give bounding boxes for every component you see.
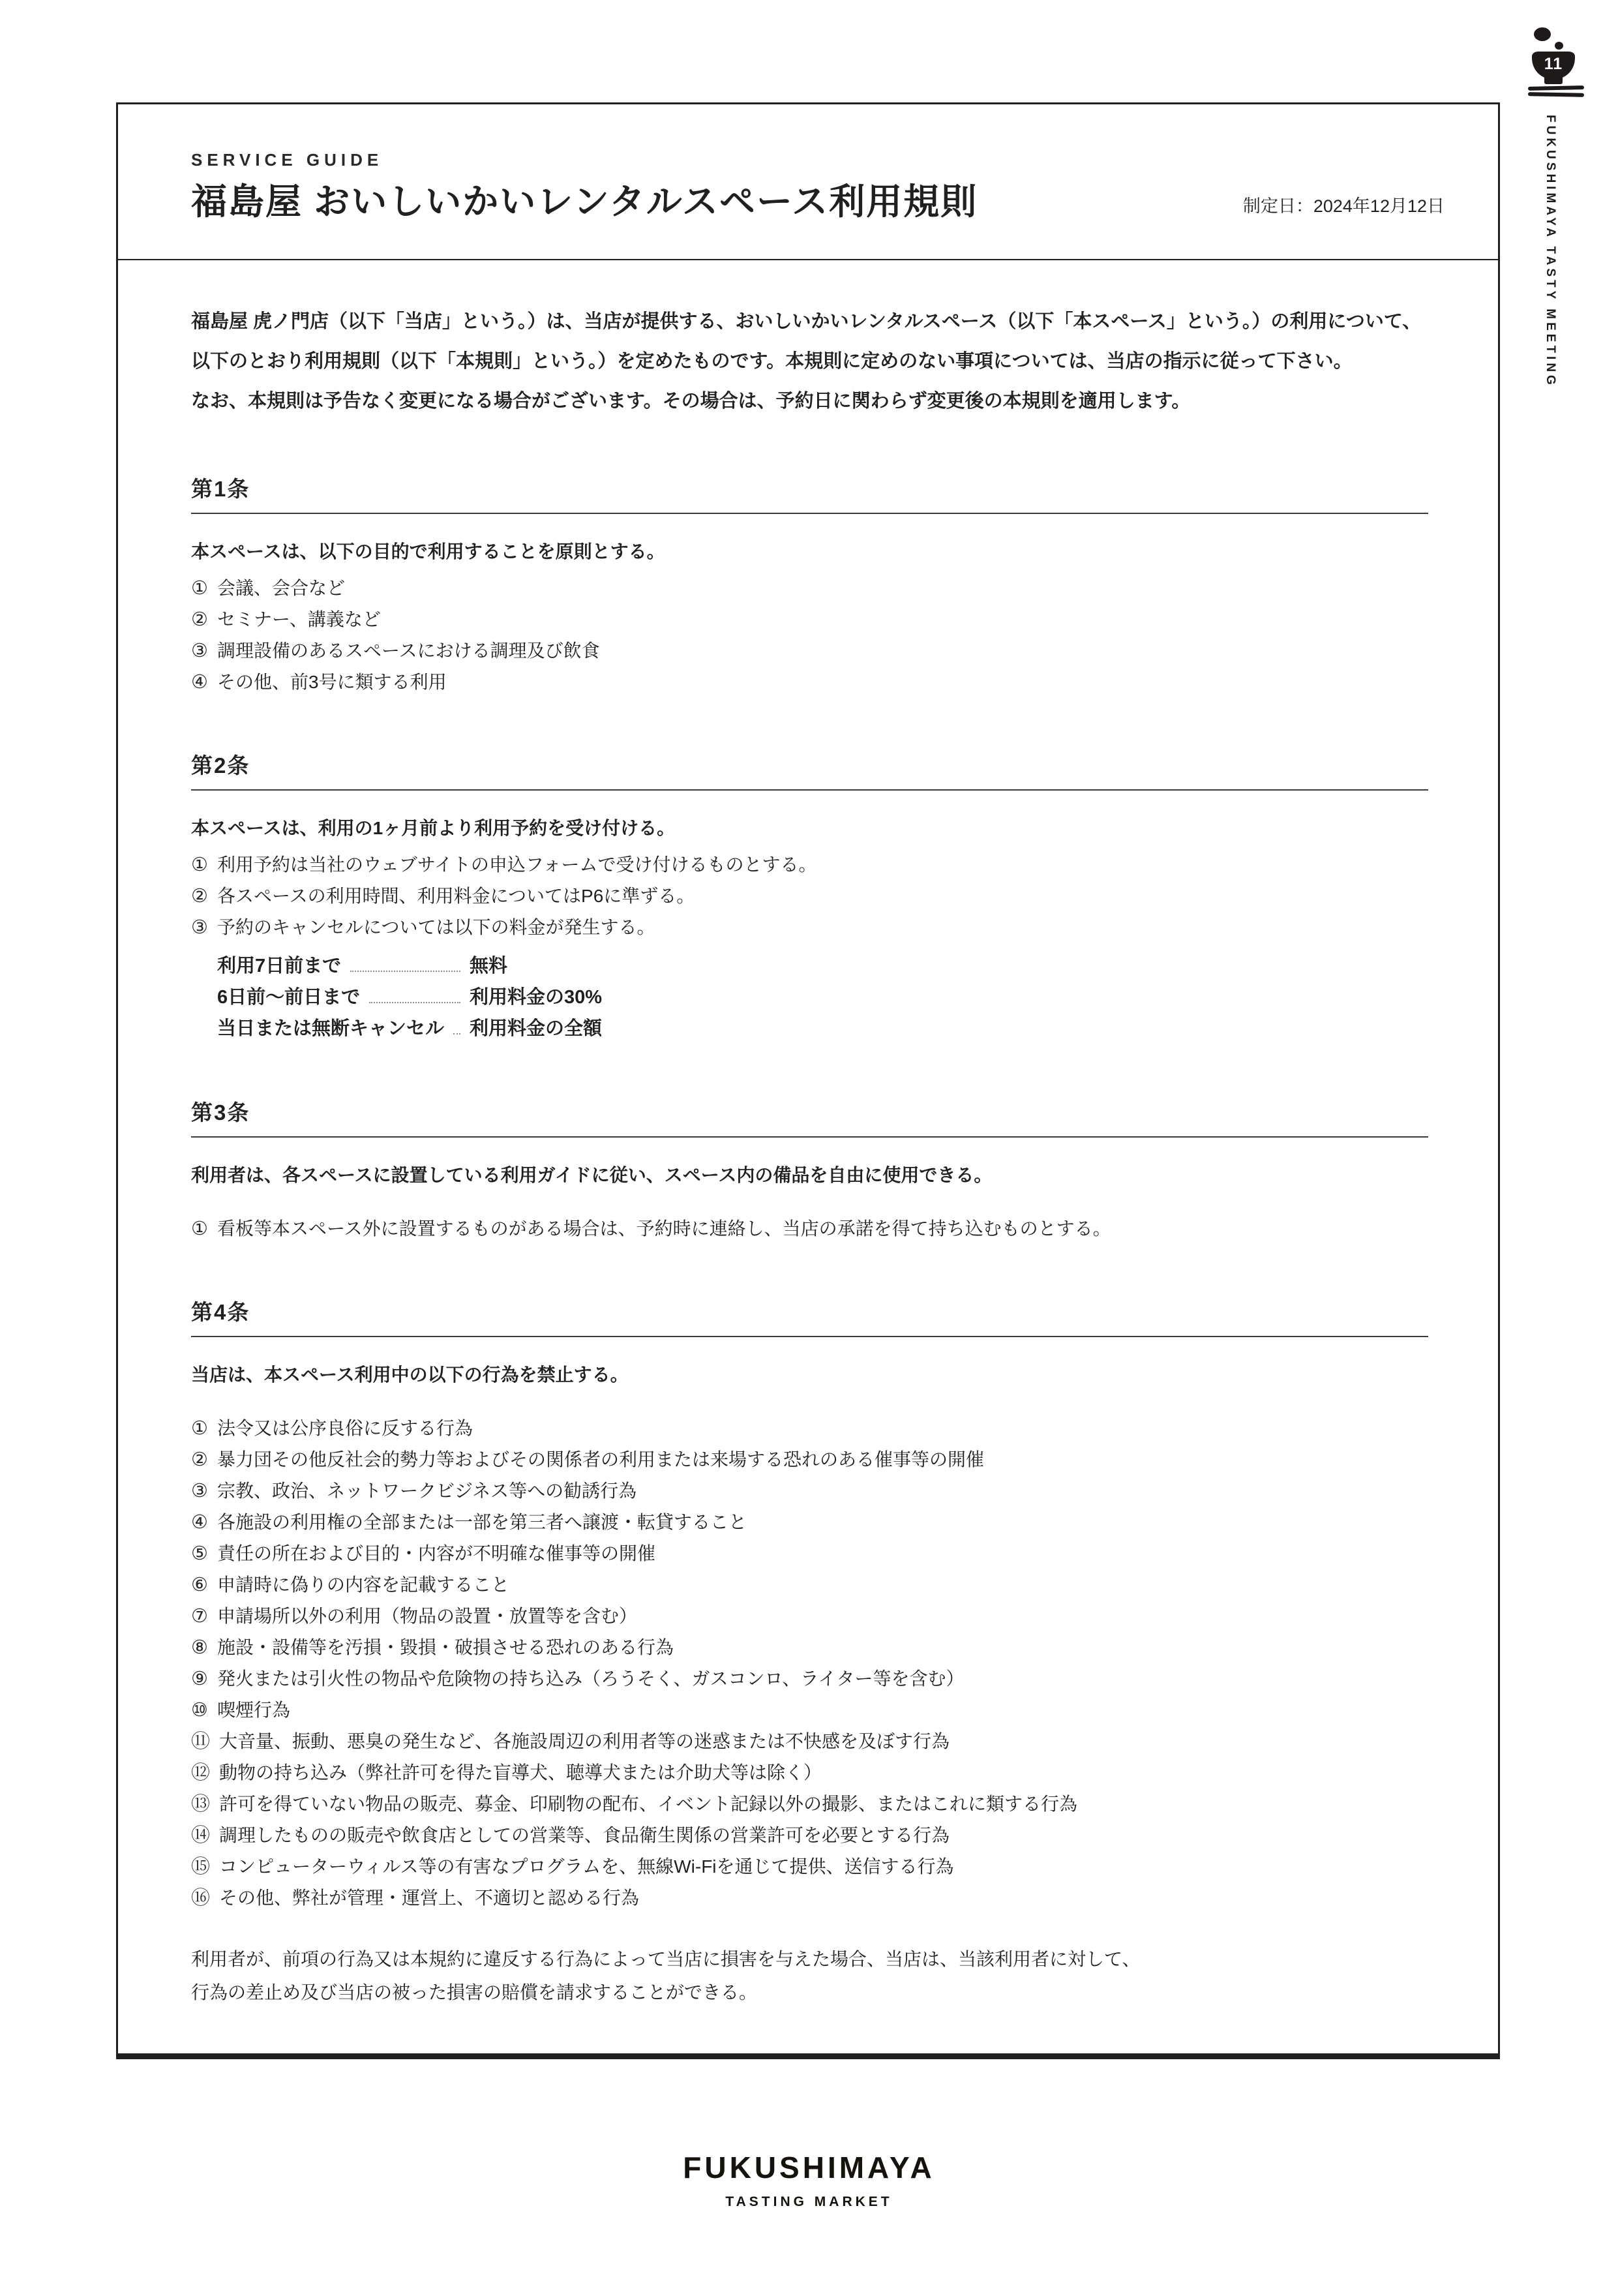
closing-paragraph: 利用者が、前項の行為又は本規約に違反する行為によって当店に損害を与えた場合、当店… <box>191 1942 1445 2009</box>
item-number: ③ <box>191 635 208 667</box>
article-heading: 第4条 <box>191 1299 1445 1325</box>
item-number: ② <box>191 1444 208 1475</box>
item-number: ③ <box>191 912 208 943</box>
item-number: ⑫ <box>191 1757 210 1789</box>
article-divider <box>191 789 1428 791</box>
list-item: ⑪大音量、振動、悪臭の発生など、各施設周辺の利用者等の迷惑または不快感を及ぼす行… <box>191 1726 1445 1757</box>
item-text: 責任の所在および目的・内容が不明確な催事等の開催 <box>217 1543 655 1563</box>
list-item: ④各施設の利用権の全部または一部を第三者へ譲渡・転貸すること <box>191 1507 1445 1538</box>
item-number: ⑭ <box>191 1820 210 1851</box>
list-item: ①会議、会合など <box>191 573 1445 604</box>
bowl-icon: 11 <box>1532 52 1575 79</box>
list-item: ⑤責任の所在および目的・内容が不明確な催事等の開催 <box>191 1538 1445 1569</box>
item-number: ⑧ <box>191 1632 208 1663</box>
article-items: ①看板等本スペース外に設置するものがある場合は、予約時に連絡し、当店の承諾を得て… <box>191 1213 1445 1245</box>
chopstick-bottom-icon <box>1528 92 1584 97</box>
fee-row: 利用7日前まで 無料 <box>217 951 804 982</box>
steam-dot-large-icon <box>1534 27 1551 41</box>
item-text: 法令又は公序良俗に反する行為 <box>217 1418 473 1438</box>
list-item: ⑭調理したものの販売や飲食店としての営業等、食品衛生関係の営業許可を必要とする行… <box>191 1820 1445 1851</box>
list-item: ⑨発火または引火性の物品や危険物の持ち込み（ろうそく、ガスコンロ、ライター等を含… <box>191 1663 1445 1695</box>
item-text: その他、弊社が管理・運営上、不適切と認める行為 <box>219 1888 639 1908</box>
item-number: ⑤ <box>191 1538 208 1569</box>
list-item: ⑧施設・設備等を汚損・毀損・破損させる恐れのある行為 <box>191 1632 1445 1663</box>
article-lead: 利用者は、各スペースに設置している利用ガイドに従い、スペース内の備品を自由に使用… <box>191 1164 1445 1187</box>
chopstick-top-icon <box>1528 85 1584 91</box>
closing-line: 利用者が、前項の行為又は本規約に違反する行為によって当店に損害を与えた場合、当店… <box>191 1949 1140 1969</box>
item-text: 各スペースの利用時間、利用料金についてはP6に準ずる。 <box>217 886 695 906</box>
item-text: 宗教、政治、ネットワークビジネス等への勧誘行為 <box>217 1481 637 1501</box>
item-text: 利用予約は当社のウェブサイトの申込フォームで受け付けるものとする。 <box>217 854 817 875</box>
cancellation-fee-table: 利用7日前まで 無料 6日前～前日まで 利用料金の30% 当日または無断キャンセ… <box>217 951 1445 1045</box>
item-text: 許可を得ていない物品の販売、募金、印刷物の配布、イベント記録以外の撮影、またはこ… <box>219 1794 1077 1814</box>
item-number: ② <box>191 881 208 912</box>
article-heading: 第3条 <box>191 1100 1445 1126</box>
item-number: ⑨ <box>191 1663 208 1695</box>
item-number: ⑦ <box>191 1601 208 1632</box>
list-item: ⑦申請場所以外の利用（物品の設置・放置等を含む） <box>191 1601 1445 1632</box>
fee-row: 当日または無断キャンセル 利用料金の全額 <box>217 1014 804 1045</box>
fee-row: 6日前～前日まで 利用料金の30% <box>217 982 804 1014</box>
list-item: ⑬許可を得ていない物品の販売、募金、印刷物の配布、イベント記録以外の撮影、または… <box>191 1789 1445 1820</box>
eyebrow-label: SERVICE GUIDE <box>191 150 1445 170</box>
article-items: ①利用予約は当社のウェブサイトの申込フォームで受け付けるものとする。 ②各スペー… <box>191 849 1445 943</box>
item-text: セミナー、講義など <box>217 609 381 629</box>
item-number: ⑬ <box>191 1789 210 1820</box>
page-title: 福島屋 おいしいかいレンタルスペース利用規則 <box>191 181 978 222</box>
article-divider <box>191 513 1428 514</box>
fee-value: 無料 <box>470 951 507 978</box>
item-number: ④ <box>191 1507 208 1538</box>
item-number: ⑮ <box>191 1851 210 1882</box>
list-item: ⑯その他、弊社が管理・運営上、不適切と認める行為 <box>191 1882 1445 1914</box>
established-date: 制定日：2024年12月12日 <box>1243 192 1445 222</box>
article-divider <box>191 1136 1428 1138</box>
list-item: ②各スペースの利用時間、利用料金についてはP6に準ずる。 <box>191 881 1445 912</box>
list-item: ③宗教、政治、ネットワークビジネス等への勧誘行為 <box>191 1475 1445 1507</box>
item-text: 看板等本スペース外に設置するものがある場合は、予約時に連絡し、当店の承諾を得て持… <box>217 1218 1111 1239</box>
list-item: ③調理設備のあるスペースにおける調理及び飲食 <box>191 635 1445 667</box>
article-divider <box>191 1336 1428 1337</box>
item-number: ⑯ <box>191 1882 210 1914</box>
item-number: ① <box>191 1213 208 1245</box>
item-text: 施設・設備等を汚損・毀損・破損させる恐れのある行為 <box>217 1637 674 1657</box>
item-number: ① <box>191 849 208 881</box>
article-heading: 第2条 <box>191 753 1445 779</box>
item-number: ⑪ <box>191 1726 210 1757</box>
item-number: ⑥ <box>191 1569 208 1601</box>
dotted-leader <box>369 994 460 1003</box>
list-item: ②セミナー、講義など <box>191 604 1445 635</box>
article-section-2: 第2条 本スペースは、利用の1ヶ月前より利用予約を受け付ける。 ①利用予約は当社… <box>191 753 1445 1045</box>
list-item: ⑮コンピューターウィルス等の有害なプログラムを、無線Wi-Fiを通じて提供、送信… <box>191 1851 1445 1882</box>
item-text: 調理したものの販売や飲食店としての営業等、食品衛生関係の営業許可を必要とする行為 <box>219 1825 950 1845</box>
item-number: ② <box>191 604 208 635</box>
list-item: ⑫動物の持ち込み（弊社許可を得た盲導犬、聴導犬または介助犬等は除く） <box>191 1757 1445 1789</box>
article-heading: 第1条 <box>191 476 1445 502</box>
list-item: ①看板等本スペース外に設置するものがある場合は、予約時に連絡し、当店の承諾を得て… <box>191 1213 1445 1245</box>
dotted-leader <box>350 963 460 972</box>
item-text: 各施設の利用権の全部または一部を第三者へ譲渡・転貸すること <box>217 1512 747 1532</box>
list-item: ①利用予約は当社のウェブサイトの申込フォームで受け付けるものとする。 <box>191 849 1445 881</box>
brand-tagline: TASTING MARKET <box>0 2194 1618 2210</box>
bowl-foot-icon <box>1544 77 1563 84</box>
fee-label: 当日または無断キャンセル <box>217 1014 444 1040</box>
item-text: 動物の持ち込み（弊社許可を得た盲導犬、聴導犬または介助犬等は除く） <box>219 1762 822 1783</box>
brand-logo-text: FUKUSHIMAYA <box>0 2150 1618 2185</box>
closing-line: 行為の差止め及び当店の被った損害の賠償を請求することができる。 <box>191 1982 757 2002</box>
page-number: 11 <box>1544 55 1563 73</box>
fee-label: 6日前～前日まで <box>217 982 360 1009</box>
intro-paragraph: 福島屋 虎ノ門店（以下「当店」という。）は、当店が提供する、おいしいかいレンタル… <box>191 302 1445 421</box>
intro-line: 以下のとおり利用規則（以下「本規則」という。）を定めたものです。本規則に定めのな… <box>191 342 1445 382</box>
side-vertical-label: FUKUSHIMAYA TASTY MEETING <box>1543 115 1557 324</box>
article-lead: 当店は、本スペース利用中の以下の行為を禁止する。 <box>191 1363 1445 1387</box>
list-item: ④その他、前3号に類する利用 <box>191 667 1445 698</box>
header-divider <box>118 259 1498 260</box>
item-number: ④ <box>191 667 208 698</box>
article-section-4: 第4条 当店は、本スペース利用中の以下の行為を禁止する。 ①法令又は公序良俗に反… <box>191 1299 1445 2009</box>
fee-value: 利用料金の全額 <box>470 1014 602 1040</box>
fee-label: 利用7日前まで <box>217 951 341 978</box>
fee-value: 利用料金の30% <box>470 982 602 1009</box>
item-text: 暴力団その他反社会的勢力等およびその関係者の利用または来場する恐れのある催事等の… <box>217 1449 984 1470</box>
item-number: ③ <box>191 1475 208 1507</box>
item-text: 申請時に偽りの内容を記載すること <box>217 1575 509 1595</box>
item-text: 予約のキャンセルについては以下の料金が発生する。 <box>217 917 655 937</box>
item-text: 大音量、振動、悪臭の発生など、各施設周辺の利用者等の迷惑または不快感を及ぼす行為 <box>219 1731 950 1751</box>
document-header: SERVICE GUIDE 福島屋 おいしいかいレンタルスペース利用規則 制定日… <box>191 150 1445 260</box>
item-text: コンピューターウィルス等の有害なプログラムを、無線Wi-Fiを通じて提供、送信す… <box>219 1856 954 1877</box>
article-items: ①会議、会合など ②セミナー、講義など ③調理設備のあるスペースにおける調理及び… <box>191 573 1445 698</box>
article-lead: 本スペースは、利用の1ヶ月前より利用予約を受け付ける。 <box>191 817 1445 840</box>
intro-line: なお、本規則は予告なく変更になる場合がございます。その場合は、予約日に関わらず変… <box>191 382 1445 421</box>
item-number: ① <box>191 573 208 604</box>
item-text: その他、前3号に類する利用 <box>217 672 447 692</box>
list-item: ⑩喫煙行為 <box>191 1695 1445 1726</box>
item-number: ① <box>191 1413 208 1444</box>
list-item: ②暴力団その他反社会的勢力等およびその関係者の利用または来場する恐れのある催事等… <box>191 1444 1445 1475</box>
item-text: 申請場所以外の利用（物品の設置・放置等を含む） <box>217 1606 637 1626</box>
steam-dot-small-icon <box>1555 42 1563 50</box>
intro-line: 福島屋 虎ノ門店（以下「当店」という。）は、当店が提供する、おいしいかいレンタル… <box>191 302 1445 342</box>
dotted-leader <box>453 1025 460 1035</box>
list-item: ③予約のキャンセルについては以下の料金が発生する。 <box>191 912 1445 943</box>
article-lead: 本スペースは、以下の目的で利用することを原則とする。 <box>191 540 1445 564</box>
article-items: ①法令又は公序良俗に反する行為 ②暴力団その他反社会的勢力等およびその関係者の利… <box>191 1413 1445 1914</box>
document-sheet: SERVICE GUIDE 福島屋 おいしいかいレンタルスペース利用規則 制定日… <box>116 102 1500 2059</box>
list-item: ⑥申請時に偽りの内容を記載すること <box>191 1569 1445 1601</box>
list-item: ①法令又は公序良俗に反する行為 <box>191 1413 1445 1444</box>
item-text: 会議、会合など <box>217 578 345 598</box>
article-section-1: 第1条 本スペースは、以下の目的で利用することを原則とする。 ①会議、会合など … <box>191 476 1445 698</box>
item-text: 発火または引火性の物品や危険物の持ち込み（ろうそく、ガスコンロ、ライター等を含む… <box>217 1669 965 1689</box>
item-number: ⑩ <box>191 1695 208 1726</box>
brand-footer: FUKUSHIMAYA TASTING MARKET <box>0 2150 1618 2210</box>
item-text: 喫煙行為 <box>217 1700 290 1720</box>
item-text: 調理設備のあるスペースにおける調理及び飲食 <box>217 641 600 661</box>
article-section-3: 第3条 利用者は、各スペースに設置している利用ガイドに従い、スペース内の備品を自… <box>191 1100 1445 1245</box>
title-row: 福島屋 おいしいかいレンタルスペース利用規則 制定日：2024年12月12日 <box>191 181 1445 222</box>
